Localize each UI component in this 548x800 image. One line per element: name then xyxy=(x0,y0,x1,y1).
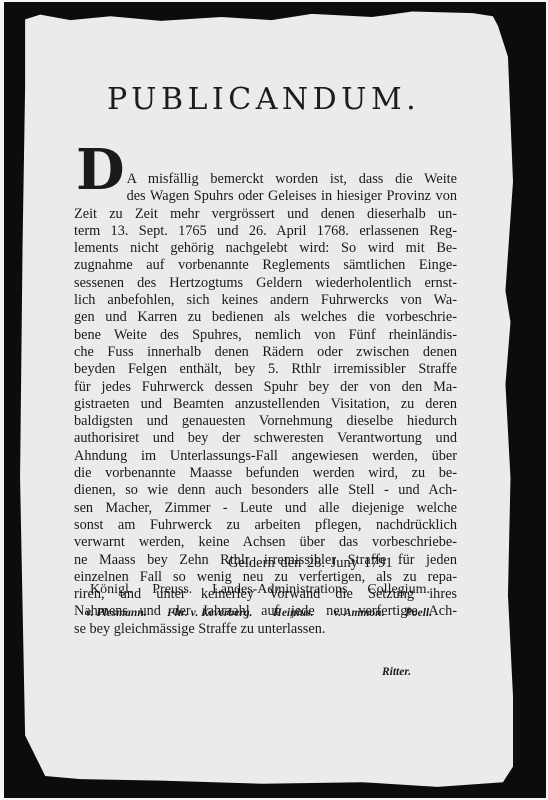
document-title: PUBLICANDUM. xyxy=(107,82,420,117)
signatory: v. Plesmann. xyxy=(86,607,147,619)
body-line: sen Macher, Zimmer - Leute und alle diej… xyxy=(74,500,457,517)
authority-word: Königl. xyxy=(90,582,132,598)
body-line: term 13. Sept. 1765 und 26. April 1768. … xyxy=(74,223,457,240)
body-line: se bey gleichmässige Straffe zu unterlas… xyxy=(74,621,457,638)
issuing-authority: Königl. Preuss. Landes-Administrations C… xyxy=(90,582,430,598)
body-line: bene Weite des Spuhres, nemlich von Fünf… xyxy=(74,327,457,344)
body-line: lements nicht gehörig nachgelebt wird: S… xyxy=(74,240,457,257)
authority-word: Preuss. xyxy=(152,582,192,598)
signatories: v. Plesmann. Fhr. v. Keverberg. Heinius.… xyxy=(86,607,432,619)
body-line: gistraeten und Beamten anzustellenden Vi… xyxy=(74,396,457,413)
body-line: Ahndung im Unterlassungs-Fall angewiesen… xyxy=(74,448,457,465)
body-line: zugnahme auf vorbenannte Reglements sämt… xyxy=(74,257,457,274)
drop-cap-initial: D xyxy=(76,148,125,192)
body-line: verwarnt werden, keine Achsen über das v… xyxy=(74,534,457,551)
body-line: Zeit zu Zeit mehr vergrössert und denen … xyxy=(74,206,457,223)
signatory: Heinius. xyxy=(273,607,314,619)
signatory: Poell. xyxy=(405,607,432,619)
countersignature: Ritter. xyxy=(382,666,411,678)
body-line: baldigsten und genauesten Vornehmung die… xyxy=(74,413,457,430)
body-line: authorisiret und bey der schweresten Ver… xyxy=(74,430,457,447)
body-line: beyden Felgen enthält, bey 5. Rthlr irre… xyxy=(74,361,457,378)
body-line: sonst am Fuhrwerck zu arbeiten pflegen, … xyxy=(74,517,457,534)
body-line: lich anbefohlen, sich keines andern Fuhr… xyxy=(74,292,457,309)
body-line: die vorbenannte Maasse befunden werden w… xyxy=(74,465,457,482)
body-line: sessenen des Hertzogtums Geldern wiederh… xyxy=(74,275,457,292)
signatory: Fhr. v. Keverberg. xyxy=(167,607,253,619)
body-line: gen und Karren zu bedienen als welches d… xyxy=(74,309,457,326)
authority-word: Collegium. xyxy=(367,582,430,598)
scan-frame: PUBLICANDUM. D A misfällig bemerckt word… xyxy=(0,0,548,800)
body-line: dienen, so wie denn auch besonders alle … xyxy=(74,482,457,499)
place-and-date: Geldern den 28. Juny 1791 xyxy=(228,555,393,572)
body-line: für jedes Fuhrwerck dessen Spuhr bey der… xyxy=(74,379,457,396)
body-line: che Fuss innerhalb denen Rädern oder zwi… xyxy=(74,344,457,361)
body-line: A misfällig bemerckt worden ist, dass di… xyxy=(74,145,457,188)
authority-word: Landes-Administrations xyxy=(212,582,347,598)
body-line: des Wagen Spuhrs oder Geleises in hiesig… xyxy=(74,188,457,205)
signatory: v. Ammon. xyxy=(334,607,385,619)
